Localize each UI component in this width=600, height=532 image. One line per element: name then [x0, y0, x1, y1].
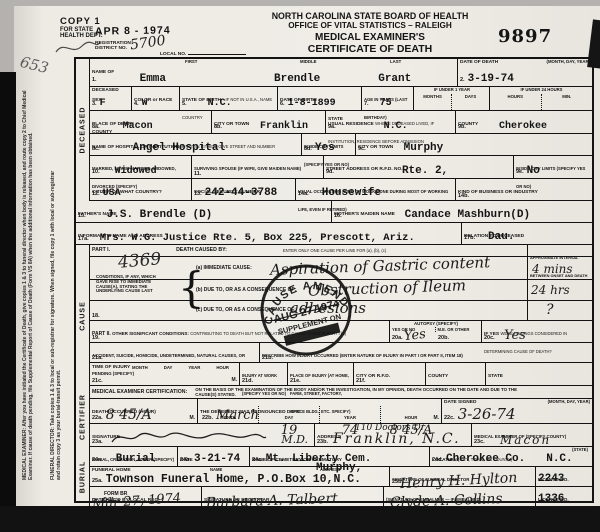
hospital-value: Angel Hospital	[133, 143, 225, 154]
item-number: 8a.	[92, 124, 100, 130]
row-hospital: NAME OF HOSPITAL OR INSTITUTION IF NOT I…	[90, 134, 592, 156]
column-header: HOUR	[216, 365, 229, 370]
item-number: 21e.	[290, 378, 301, 384]
field-relation: RELATION TO DECEASED 17b.Dau.	[462, 223, 592, 244]
street-value: Rte. 2,	[402, 166, 448, 177]
item-number: 9b.	[458, 124, 466, 130]
field-surviving-spouse: SURVIVING SPOUSE (IF WIFE, GIVE MAIDEN N…	[192, 156, 324, 178]
me-certification: MEDICAL EXAMINER CERTIFICATION: ON THE B…	[90, 386, 592, 398]
item-number: 11.	[194, 171, 201, 177]
scan-edge-bottom	[0, 506, 600, 532]
relation-value: Dau.	[488, 232, 514, 243]
field-injury-at-work: INJURY AT WORK (SPECIFY YES OR NO) 21d.	[240, 363, 288, 385]
father-value: J.S. Brendle (D)	[107, 210, 213, 221]
ssn-value: 242-44-3788	[205, 188, 278, 199]
item-number: 21c.	[92, 378, 103, 384]
item-number: 1.	[92, 77, 97, 83]
first-name-value: Emma	[140, 74, 166, 85]
column-header: DAY	[164, 365, 173, 370]
certification-text: ON THE BASIS OF THE EXAMINATION OF THE B…	[195, 388, 525, 398]
field-marital-status: MARRIED, NEVER MARRIED, WIDOWED, DIVORCE…	[90, 156, 192, 178]
margin-note-medical-examiner: MEDICAL EXAMINER: After you have initiat…	[22, 88, 35, 480]
margin-note-funeral-director: FUNERAL DIRECTOR: Take copies 1 & 3 to l…	[50, 168, 63, 480]
item-number: 12.	[92, 191, 100, 197]
pronounced-hour: HOUR 8 45/A M.	[380, 406, 441, 423]
interval-b-cell: 24 hrs	[528, 280, 592, 300]
column-header: LAST	[390, 60, 401, 65]
item-number: 18.	[92, 313, 100, 319]
field-date-signed: DATE SIGNED (MONTH, DAY, YEAR) 22c. 3-26…	[442, 399, 592, 423]
city-limits-value: No	[527, 166, 540, 177]
me-county-value: Macon	[500, 434, 551, 446]
item-number: 19.	[92, 335, 100, 341]
marital-value: Widowed	[115, 167, 157, 177]
field-director-license: LICENSE NO. 2243	[536, 467, 592, 486]
column-header: YEAR	[344, 415, 356, 420]
cemetery-city-value: Murphy,	[316, 463, 362, 474]
field-mother: MOTHER'S MAIDEN NAME 16.Candace Mashburn…	[332, 201, 592, 222]
row-me-signature: SIGNATURE 23a. M.D. ADDRESS 110 Doctors …	[90, 424, 592, 447]
item-number: 15.	[78, 213, 86, 219]
field-death-occurred-hour: DEATH OCCURRED (HOUR) 22a. 8 45/A M.	[90, 399, 198, 423]
section-certifier: CERTIFIER MEDICAL EXAMINER CERTIFICATION…	[76, 386, 592, 447]
item-number: 20c.	[484, 335, 495, 341]
field-residence-state: USUAL RESIDENCE WHERE DECEASED LIVED, IF…	[326, 111, 456, 133]
form-title: NORTH CAROLINA STATE BOARD OF HEALTH OFF…	[235, 11, 505, 55]
title-office: OFFICE OF VITAL STATISTICS – RALEIGH	[235, 21, 505, 30]
autopsy-value: Yes	[403, 328, 426, 343]
field-ssn: SOCIAL SECURITY NUMBER 13.242-44-3788	[192, 179, 296, 200]
title-board: NORTH CAROLINA STATE BOARD OF HEALTH	[235, 11, 505, 21]
item-number: 6.	[280, 101, 285, 107]
residence-county-value: Cherokee	[499, 122, 547, 132]
field-age: AGE IN YEARS (LAST BIRTHDAY) 7.75	[362, 87, 414, 110]
interval-a-value: 4 mins	[532, 263, 573, 275]
sex-value: F	[100, 99, 106, 109]
field-hospital: NAME OF HOSPITAL OR INSTITUTION IF NOT I…	[90, 134, 302, 155]
item-number: 9e.	[516, 169, 524, 175]
residence-state-value: N.C.	[384, 122, 408, 132]
part2-title: OTHER SIGNIFICANT CONDITIONS:	[112, 331, 189, 336]
field-manner-of-death: ACCIDENT, SUICIDE, HOMICIDE, UNDETERMINE…	[90, 343, 260, 362]
item-number: 5.	[182, 101, 187, 107]
item-number: 8d.	[304, 146, 312, 152]
column-header: MONTH	[132, 365, 148, 370]
interval-b-value: 24 hrs	[531, 284, 570, 296]
field-sublabel: (MONTH, DAY, YEAR)	[547, 60, 590, 65]
field-inside-city-limits-2: INSIDE CITY LIMITS (SPECIFY YES OR NO) 9…	[514, 156, 592, 178]
age-value: 75	[380, 99, 392, 109]
column-header: HOUR	[405, 415, 418, 420]
field-label: SURVIVING SPOUSE (IF WIFE, GIVE MAIDEN N…	[194, 166, 301, 171]
section-deceased: DECEASED NAME OF DECEASED FIRST MIDDLE L…	[76, 59, 592, 201]
field-place-of-injury: PLACE OF INJURY (AT HOME, FARM, STREET, …	[288, 363, 354, 385]
row-sex-birth: SEX 3.F COLOR or RACE 4.W STATE OF BIRTH…	[90, 87, 592, 111]
item-number: 14b.	[458, 193, 469, 199]
state-of-birth-value: N.C.	[208, 99, 232, 109]
informant-value: Mrs. W.G. Justice Rte. 5, Box 225, Presc…	[100, 233, 415, 244]
field-date-of-death: DATE OF DEATH (MONTH, DAY, YEAR) 2. 3-19…	[458, 59, 592, 86]
field-if-under-1-year: IF UNDER 1 YEAR MONTHSDAYS	[414, 87, 490, 110]
death-caused-by-label: DEATH CAUSED BY:	[176, 248, 227, 254]
field-cemetery: NAME OF CEMETERY OR CREMATORY 24c.Mt. Li…	[250, 447, 430, 466]
title-certificate: CERTIFICATE OF DEATH	[235, 43, 505, 55]
date-of-death-value: 3-19-74	[468, 74, 514, 85]
title-examiner: MEDICAL EXAMINER'S	[235, 32, 505, 43]
item-number: 24a.	[92, 457, 103, 463]
mother-value: Candace Mashburn(D)	[405, 210, 530, 221]
field-place-of-death-county: PLACE OF DEATH COUNTY 8a.Macon	[90, 111, 212, 133]
column-header: MIDDLE	[300, 60, 316, 65]
registration-district-label: REGISTRATION DISTRICT NO.	[95, 41, 131, 52]
field-residence-city: CITY OR TOWN 9c.Murphy	[356, 134, 592, 155]
item-number: 21d.	[242, 378, 253, 384]
row-parents: FATHER'S NAME 15.J.S. Brendle (D) MOTHER…	[76, 201, 592, 223]
field-label: IF UNDER 24 HOURS	[492, 88, 591, 93]
field-findings-considered: IF YES WERE FINDINGS CONSIDERED IN DETER…	[482, 321, 592, 342]
column-header: MONTHS	[414, 94, 451, 110]
item-number: 4.	[134, 101, 139, 107]
item-number: 24d.	[432, 457, 443, 463]
field-me-signature: SIGNATURE 23a. M.D.	[90, 424, 315, 446]
section-rail-deceased: DECEASED	[76, 59, 90, 201]
meridiem-label: M.	[231, 377, 237, 383]
middle-name-value: Brendle	[274, 74, 320, 85]
section-label-burial: BURIAL	[79, 460, 86, 492]
local-no: LOCAL NO.	[160, 48, 246, 57]
field-occupation: USUAL OCCUPATION (KIND OF WORK DONE DURI…	[296, 179, 456, 200]
field-citizen: CITIZEN OF WHAT COUNTRY? 12.USA	[90, 179, 192, 200]
section-label-certifier: CERTIFIER	[79, 394, 86, 440]
field-registrar-signature: SIGNATURE OF REGISTRAR Barbara A. Talber…	[202, 487, 384, 506]
item-number: 22b.	[202, 415, 213, 421]
field-injury-city: CITY OR R.F.D. 21f.	[354, 363, 426, 385]
interval-header-cell: APPROXIMATE INTERVAL BETWEEN ONSET AND D…	[528, 245, 592, 256]
field-disposition-date: DATE 24b.3-21-74	[178, 447, 250, 466]
item-number: 20a.	[392, 335, 403, 341]
field-sublabel: (MONTH, DAY, YEAR)	[548, 400, 590, 405]
interval-c-value: ?	[546, 303, 554, 317]
row-place-of-death: PLACE OF DEATH COUNTY 8a.Macon CITY OR T…	[90, 111, 592, 134]
disposition-date-value: 3-21-74	[194, 454, 240, 465]
signature-suffix: M.D.	[281, 434, 308, 445]
column-header: M.E. OR OTHER	[435, 327, 481, 332]
item-number: 21a.	[92, 355, 103, 361]
section-label-cause: CAUSE	[79, 301, 86, 331]
item-number: 8b.	[214, 124, 222, 130]
row-citizen: CITIZEN OF WHAT COUNTRY? 12.USA SOCIAL S…	[90, 179, 592, 201]
field-label: TIME OF INJURY	[92, 365, 130, 370]
form-code: FORM BR 5-71	[104, 492, 127, 503]
item-number: 17b.	[464, 235, 475, 241]
date-signed-value: 3-26-74	[458, 407, 516, 422]
certificate-number: 9897	[498, 26, 552, 47]
scanned-death-certificate: COPY 1 FOR STATE HEALTH DEPT. 653 APR 8 …	[0, 0, 600, 532]
findings-value: Yes	[504, 329, 526, 342]
field-father: FATHER'S NAME 15.J.S. Brendle (D)	[76, 201, 332, 222]
field-street-address: STREET ADDRESS OR R.F.D. NO. 9d.Rte. 2,	[324, 156, 514, 178]
row-registrar: DATE REC'D BY LOCAL REG. Mar 27, 1974 SI…	[90, 487, 592, 506]
field-race: COLOR or RACE 4.W	[132, 87, 180, 110]
part1-label: PART I.	[92, 248, 110, 254]
item-number: 22c.	[444, 415, 455, 421]
row-informant: INFORMANT'S NAME AND ADDRESS 17a.Mrs. W.…	[76, 223, 592, 245]
field-informant: INFORMANT'S NAME AND ADDRESS 17a.Mrs. W.…	[76, 223, 462, 244]
meridiem-label: M.	[189, 415, 195, 421]
section-burial: BURIAL BURIAL, CREMATION, OTHER (SPECIFY…	[76, 447, 592, 506]
funeral-home-value: Townson Funeral Home, P.O.Box 10,N.C.	[106, 474, 361, 486]
field-industry: KIND OF BUSINESS OR INDUSTRY 14b.	[456, 179, 592, 200]
item-number: 23b.	[317, 439, 328, 445]
section-rail-burial: BURIAL	[76, 447, 90, 506]
field-autopsy: AUTOPSY (SPECIFY) YES OR NO M.E. OR OTHE…	[390, 321, 482, 342]
column-header: YEAR	[188, 365, 200, 370]
last-name-value: Grant	[378, 74, 411, 85]
item-number: 10.	[92, 169, 100, 175]
interval-c-cell: ?	[528, 301, 592, 320]
brace-glyph: {	[178, 267, 205, 309]
occupation-value: Housewife	[322, 188, 381, 199]
item-number: 22a.	[92, 415, 103, 421]
scan-edge-left	[0, 72, 16, 532]
item-number: 25a.	[92, 478, 103, 484]
pod-city-value: Franklin	[260, 122, 308, 132]
column-header: FIRST	[185, 60, 197, 65]
field-label: COUNTY	[428, 374, 448, 379]
race-value: W	[142, 99, 148, 109]
meridiem-label: M.	[433, 415, 439, 421]
field-embalmer-signature: (SIGNATURE OF EMBALMER — IF EMBALMED) Cl…	[384, 487, 536, 506]
column-header: NAME	[210, 468, 222, 473]
field-state-of-birth: STATE OF BIRTH IF NOT IN U.S.A., NAME CO…	[180, 87, 278, 110]
pronounced-day: DAY 19	[258, 406, 319, 423]
row-death-occurred: DEATH OCCURRED (HOUR) 22a. 8 45/A M. THE…	[90, 399, 592, 424]
item-number: 24b.	[180, 457, 191, 463]
certification-label: MEDICAL EXAMINER CERTIFICATION:	[92, 390, 187, 396]
section-label-deceased: DECEASED	[79, 107, 86, 154]
item-number: 23c.	[474, 439, 485, 445]
field-funeral-director-signature: SIGNATURE OF FUNERAL DIRECTOR 25b. Henry…	[390, 467, 536, 486]
field-cemetery-location: LOCATION (CITY, TOWN, OR COUNTY) (STATE)…	[430, 447, 592, 466]
cause-code-handwritten: 4369	[117, 249, 162, 273]
item-number: 9d.	[326, 169, 334, 175]
item-number: 23a.	[92, 439, 103, 445]
field-date-of-birth: DATE OF BIRTH 6.1-8-1899	[278, 87, 362, 110]
item-number: 8c.	[92, 146, 100, 152]
disposition-value: Burial	[116, 454, 156, 465]
citizen-value: USA	[103, 189, 121, 199]
interval-a-cell: 4 mins	[528, 257, 592, 279]
item-number: 14a.	[298, 191, 309, 197]
row-injury-details: TIME OF INJURY MONTH DAY YEAR HOUR 21c. …	[90, 363, 592, 386]
column-header: HOURS	[490, 94, 541, 110]
item-number: 20b.	[438, 335, 449, 341]
section-rail-cause: CAUSE	[76, 245, 90, 386]
address-line2-value: Franklin, N.C.	[333, 432, 461, 446]
date-of-birth-value: 1-8-1899	[288, 99, 336, 109]
item-number: 24c.	[252, 457, 263, 463]
pod-county-value: Macon	[123, 122, 153, 132]
field-if-under-24-hours: IF UNDER 24 HOURS HOURSMIN.	[490, 87, 592, 110]
column-header: MIN.	[541, 94, 593, 110]
field-label: STATE	[488, 374, 503, 379]
location-value: Cherokee Co.	[446, 454, 525, 465]
city-limits-value: Yes	[315, 143, 335, 154]
column-header: DAYS	[451, 94, 489, 110]
field-pronounced-dead: THE DECEDENT WAS PRONOUNCED DEAD MONTH 2…	[198, 399, 442, 423]
item-number: 21f.	[356, 378, 365, 384]
field-injury-state: STATE	[486, 363, 592, 385]
residence-city-value: Murphy	[404, 143, 444, 154]
field-disposition-type: BURIAL, CREMATION, OTHER (SPECIFY) 24a.B…	[90, 447, 178, 466]
item-number: 2.	[460, 77, 465, 83]
item-number: 9a.	[328, 124, 336, 130]
field-injury-county: COUNTY	[426, 363, 486, 385]
item-number: 7.	[364, 101, 369, 107]
field-time-of-injury: TIME OF INJURY MONTH DAY YEAR HOUR 21c. …	[90, 363, 240, 385]
field-sex: SEX 3.F	[90, 87, 132, 110]
item-number: 9c.	[358, 146, 366, 152]
row-disposition: BURIAL, CREMATION, OTHER (SPECIFY) 24a.B…	[90, 447, 592, 467]
license-value: 2243	[538, 474, 564, 485]
item-number: 3.	[92, 101, 97, 107]
field-inside-city-limits-1: INSIDE CITY LIMITS (SPECIFY YES OR NO) 8…	[302, 134, 356, 155]
field-residence-county: COUNTY 9b.Cherokee	[456, 111, 592, 133]
license-value: 1336	[538, 494, 564, 505]
field-label: DATE OF DEATH	[460, 60, 498, 65]
field-me-address: ADDRESS 110 Doctors Dr. 23b. Franklin, N…	[315, 424, 472, 446]
item-number: 13.	[194, 191, 202, 197]
item-number: 17a.	[78, 236, 89, 242]
field-label: IF UNDER 1 YEAR	[416, 88, 488, 93]
item-number: 16.	[334, 213, 342, 219]
pronounced-year: YEAR 74	[319, 406, 380, 423]
field-embalmer-license: LICENSE NO. 1336	[536, 487, 592, 506]
field-place-of-death-city: CITY OR TOWN 8b.Franklin	[212, 111, 326, 133]
pronounced-month: MONTH 22b. March	[198, 406, 258, 423]
section-rail-certifier: CERTIFIER	[76, 386, 90, 447]
row-marital: MARRIED, NEVER MARRIED, WIDOWED, DIVORCE…	[90, 156, 592, 179]
location-state-value: N.C.	[546, 454, 572, 465]
row-name: NAME OF DECEASED FIRST MIDDLE LAST 1. Em…	[90, 59, 592, 87]
me-signature-scribble	[108, 428, 268, 446]
row-me-certification: MEDICAL EXAMINER CERTIFICATION: ON THE B…	[90, 386, 592, 399]
field-name-of-deceased: NAME OF DECEASED FIRST MIDDLE LAST 1. Em…	[90, 59, 458, 86]
conditions-note: CONDITIONS, IF ANY, WHICH GAVE RISE TO I…	[96, 275, 160, 294]
field-sublabel: (STATE)	[572, 448, 588, 453]
death-hour-value: 8 45/A	[106, 408, 152, 422]
field-me-county: MEDICAL EXAMINER OF (SPECIFY COUNTY) 23c…	[472, 424, 592, 446]
column-header: DAY	[285, 415, 294, 420]
month-value: March	[216, 409, 259, 422]
